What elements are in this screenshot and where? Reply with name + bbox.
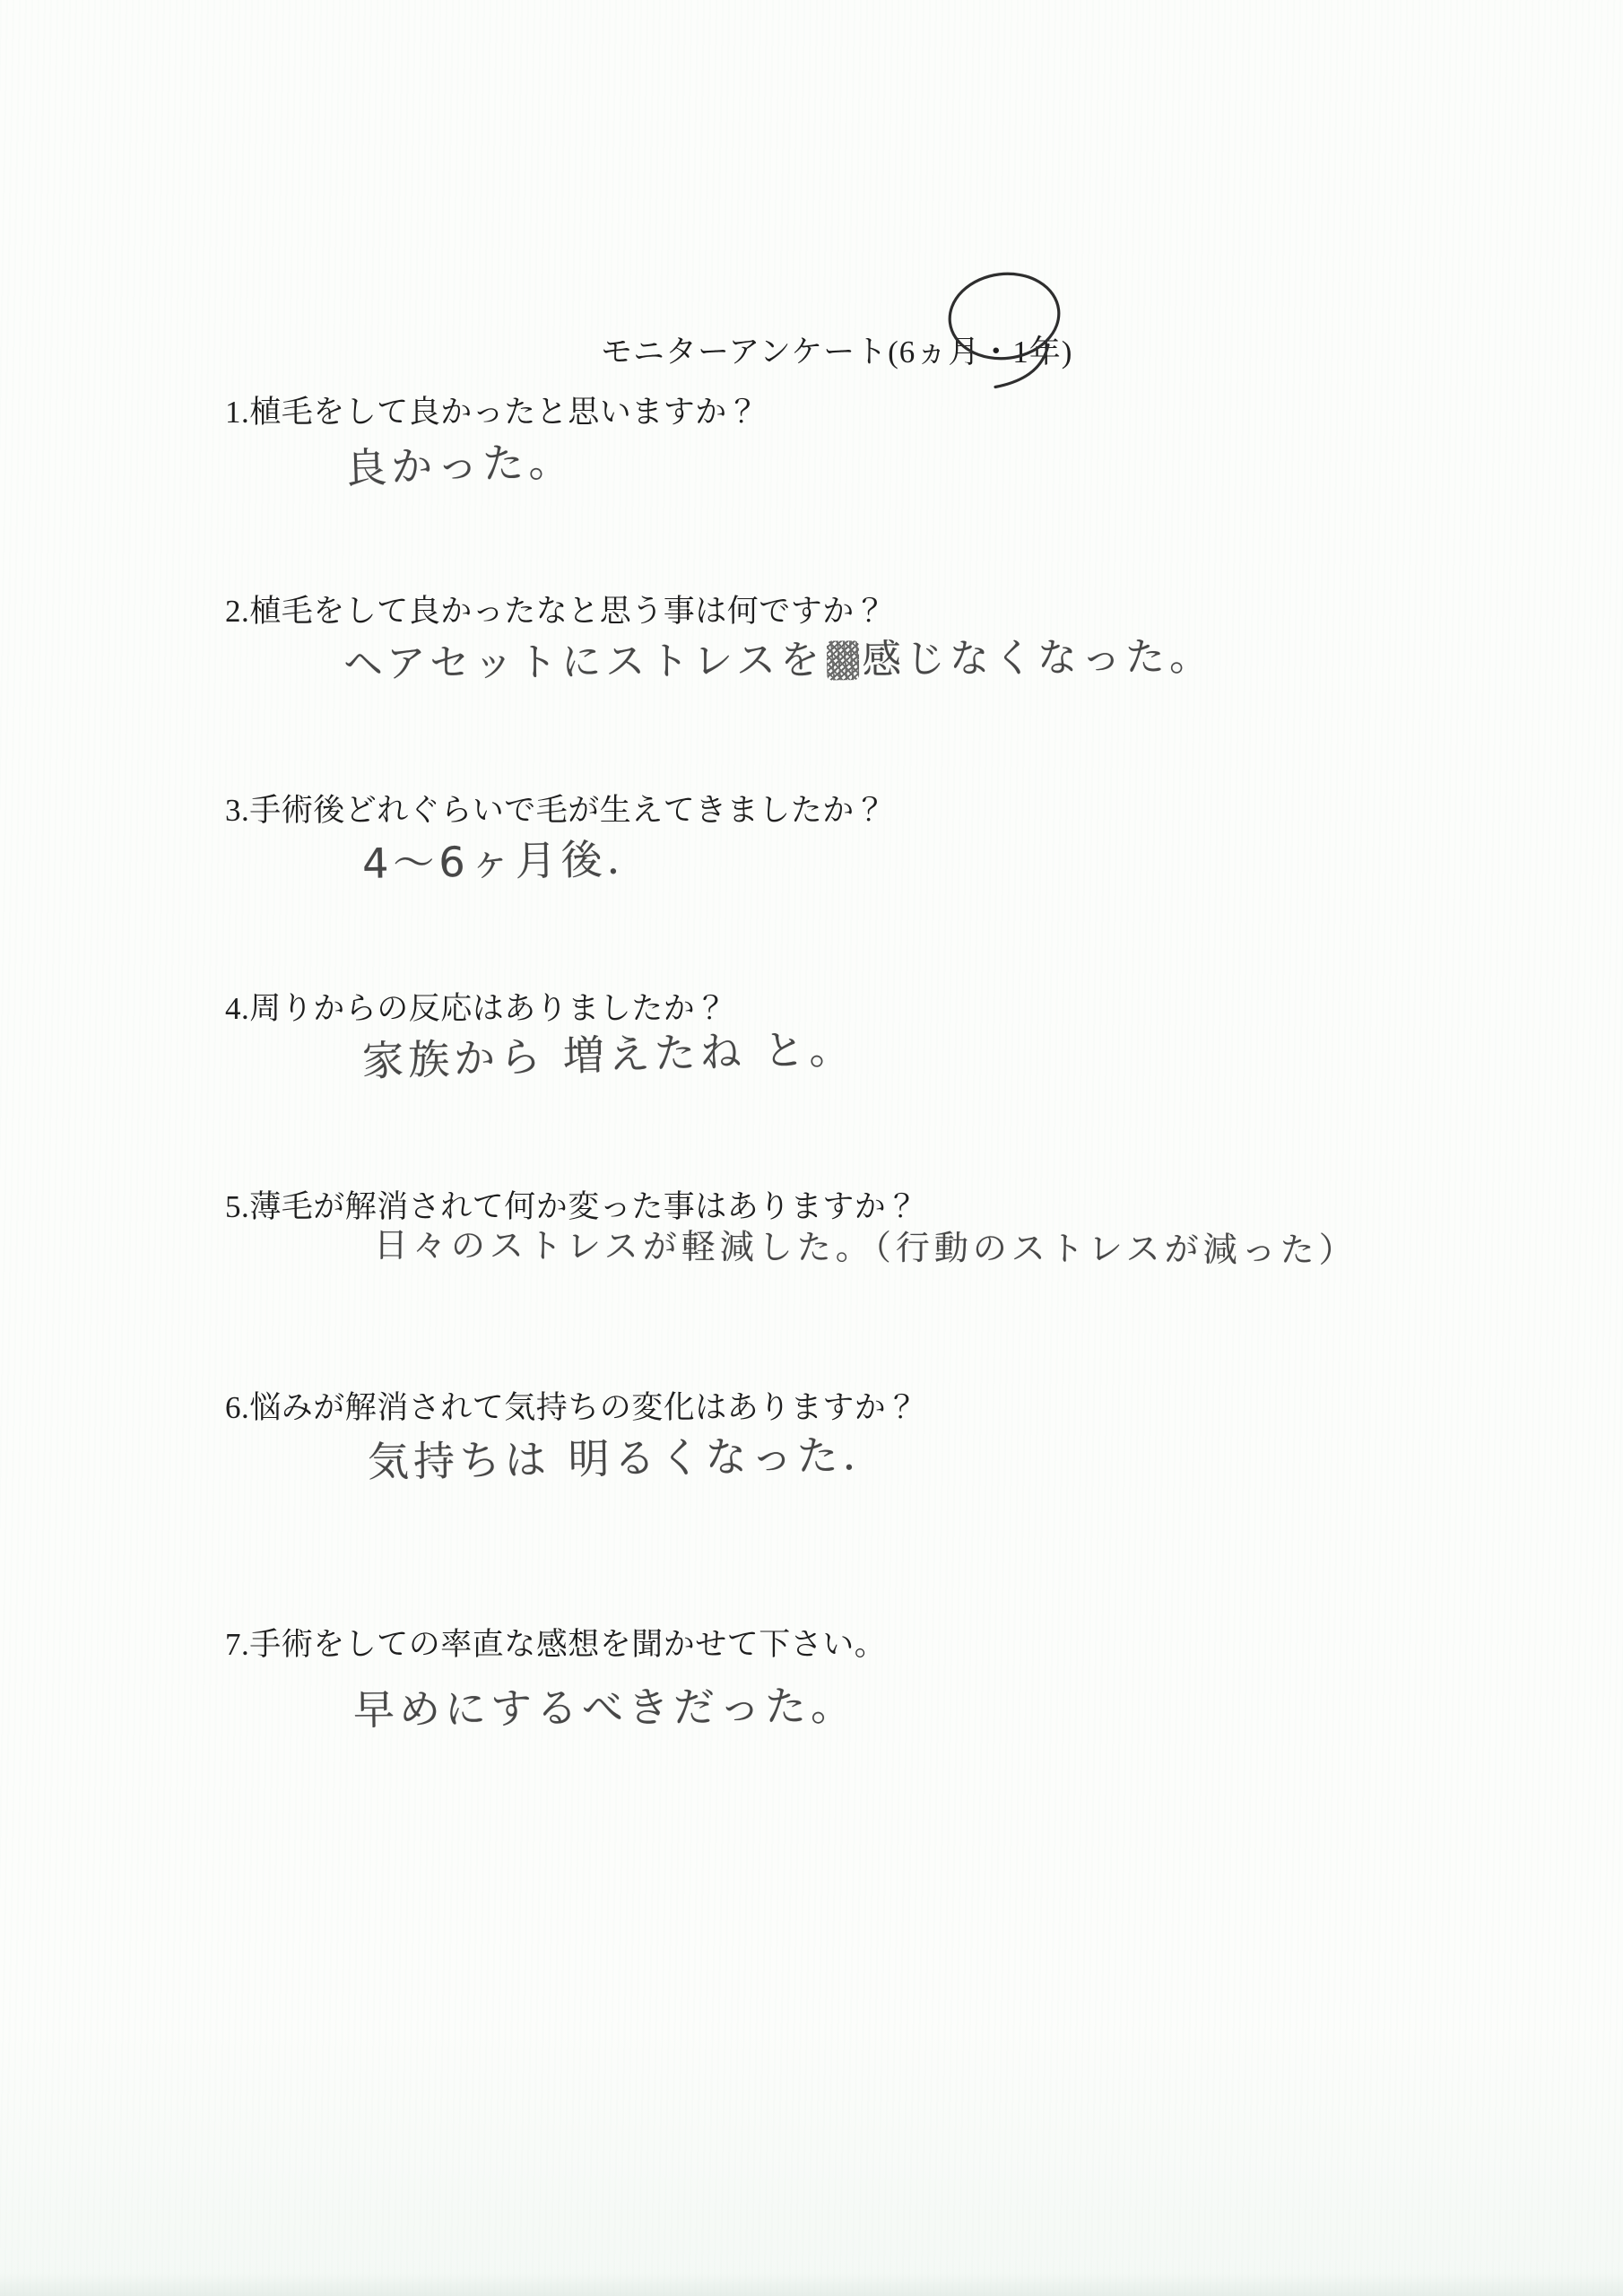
page-title: モニターアンケート(6ヵ月・1年) — [601, 327, 1072, 372]
question-5-answer-handwritten: 日々のストレスが軽減した。（行動のストレスが減った） — [374, 1217, 1358, 1272]
question-3-answer-handwritten: 4～6ヶ月後． — [361, 826, 653, 891]
question-2-answer-handwritten: ヘアセットにストレスを感じなくなった。 — [343, 624, 1213, 689]
answer-text-after-scribble: 感じなくなった。 — [862, 634, 1213, 683]
question-6-label: 6.悩みが解消されて気持ちの変化はありますか？ — [225, 1383, 918, 1428]
scribble-ink-mark — [827, 640, 859, 680]
question-4-answer-handwritten: 家族から 増えたね と。 — [361, 1016, 855, 1088]
question-1-label: 1.植毛をして良かったと思いますか？ — [225, 387, 759, 432]
answer-text-before-scribble: ヘアセットにストレスを — [343, 638, 824, 688]
question-7-answer-handwritten: 早めにするべきだった。 — [353, 1674, 857, 1737]
question-6-answer-handwritten: 気持ちは 明るくなった． — [368, 1422, 889, 1489]
question-2-label: 2.植毛をして良かったなと思う事は何ですか？ — [225, 587, 886, 631]
question-7-label: 7.手術をしての率直な感想を聞かせて下さい。 — [225, 1620, 886, 1665]
question-1-answer-handwritten: 良かった。 — [344, 429, 575, 496]
question-3-label: 3.手術後どれぐらいで毛が生えてきましたか？ — [225, 786, 886, 831]
questionnaire-scan-page: モニターアンケート(6ヵ月・1年) 1.植毛をして良かったと思いますか？ 良かっ… — [0, 0, 1623, 2296]
